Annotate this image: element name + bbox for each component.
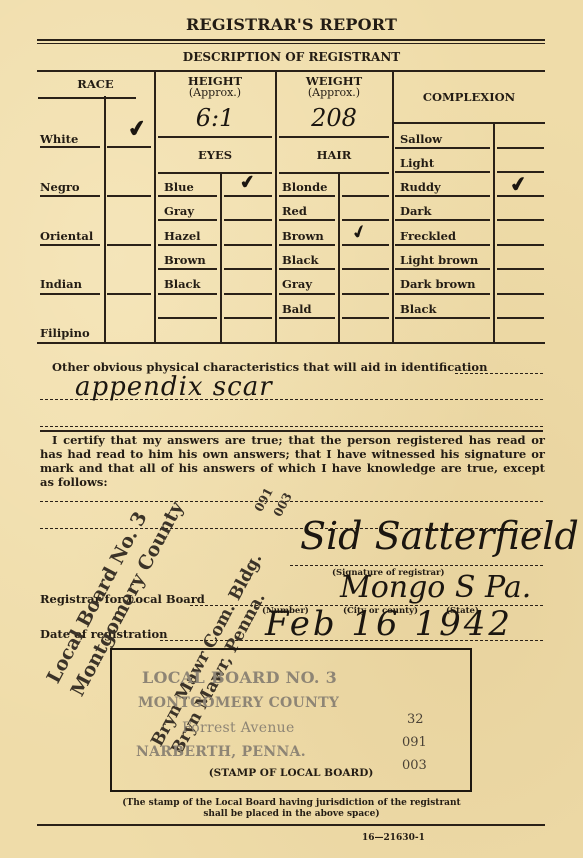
- race-option-indian: Indian: [40, 277, 82, 291]
- hair-header: HAIR: [276, 149, 392, 161]
- complexion-option-light: Light: [400, 156, 434, 170]
- race-option-oriental: Oriental: [40, 229, 93, 243]
- board-stamp-line2: MONTGOMERY COUNTY: [138, 695, 339, 711]
- row-rule: [342, 317, 389, 319]
- date-value[interactable]: Feb 16 1942: [265, 604, 513, 644]
- height-approx: (Approx.): [155, 87, 275, 99]
- row-rule: [40, 244, 100, 246]
- footer-rule: [37, 824, 545, 826]
- row-rule: [342, 268, 389, 270]
- characteristics-bottom-rule: [40, 430, 543, 432]
- row-rule: [158, 268, 217, 270]
- row-rule: [40, 293, 100, 295]
- race-white-checkmark[interactable]: ✔: [126, 115, 149, 144]
- height-value: 6:1: [155, 104, 275, 132]
- row-rule: [279, 244, 335, 246]
- hair-option-gray: Gray: [282, 277, 312, 291]
- race-header: RACE: [37, 78, 154, 90]
- eyes-blue-checkmark[interactable]: ✔: [239, 171, 257, 194]
- characteristics-dotted-line: [455, 373, 543, 374]
- weight-approx: (Approx.): [276, 87, 392, 99]
- row-rule: [158, 317, 217, 319]
- registrar-board-value[interactable]: Mongo S Pa.: [340, 570, 531, 605]
- row-rule: [342, 293, 389, 295]
- row-rule: [395, 219, 490, 221]
- row-rule: [497, 219, 544, 221]
- row-rule: [279, 268, 335, 270]
- board-number-2: 091: [402, 735, 427, 750]
- row-rule: [224, 195, 272, 197]
- board-stamp-line3: Forrest Avenue: [182, 720, 295, 736]
- row-rule: [224, 244, 272, 246]
- complexion-option-freckled: Freckled: [400, 229, 456, 243]
- row-rule: [158, 293, 217, 295]
- footer-note-line1: (The stamp of the Local Board having jur…: [0, 798, 583, 809]
- row-rule: [342, 195, 389, 197]
- row-rule: [395, 317, 490, 319]
- eyes-header-rule: [158, 172, 272, 174]
- hair-brown-checkmark[interactable]: ✔: [349, 220, 370, 245]
- table-bottom-rule: [37, 342, 545, 344]
- height-header: HEIGHT (Approx.): [155, 75, 275, 99]
- row-rule: [279, 293, 335, 295]
- row-rule: [395, 171, 490, 173]
- row-rule: [342, 219, 389, 221]
- row-rule: [497, 195, 544, 197]
- board-stamp-line1: LOCAL BOARD NO. 3: [142, 668, 337, 687]
- race-option-filipino: Filipino: [40, 326, 90, 340]
- row-rule: [279, 219, 335, 221]
- local-board-stamp-box: LOCAL BOARD NO. 3 MONTGOMERY COUNTY Forr…: [110, 648, 472, 792]
- registrar-signature[interactable]: Sid Satterfield: [300, 514, 579, 558]
- row-rule: [107, 293, 151, 295]
- row-rule: [497, 293, 544, 295]
- row-rule: [342, 244, 389, 246]
- divider: [493, 122, 495, 342]
- race-option-white: White: [40, 132, 78, 146]
- row-rule: [395, 195, 490, 197]
- eyes-option-hazel: Hazel: [164, 229, 201, 243]
- row-rule: [395, 268, 490, 270]
- certification-text: I certify that my answers are true; that…: [40, 433, 545, 489]
- title-double-rule-top: [37, 39, 545, 41]
- row-rule: [40, 195, 100, 197]
- signature-line: [290, 565, 543, 566]
- divider: [104, 96, 106, 342]
- height-value-rule: [158, 136, 272, 138]
- eyes-header: EYES: [155, 149, 275, 161]
- complexion-option-sallow: Sallow: [400, 132, 442, 146]
- form-number: 16—21630-1: [362, 833, 425, 843]
- row-rule: [395, 244, 490, 246]
- row-rule: [224, 317, 272, 319]
- complexion-ruddy-checkmark[interactable]: ✔: [508, 171, 529, 198]
- characteristics-value[interactable]: appendix scar: [75, 372, 273, 402]
- row-rule: [224, 219, 272, 221]
- eyes-option-brown: Brown: [164, 253, 206, 267]
- row-rule: [107, 195, 151, 197]
- row-rule: [224, 293, 272, 295]
- complexion-option-ruddy: Ruddy: [400, 180, 441, 194]
- row-rule: [158, 219, 217, 221]
- row-rule: [107, 146, 151, 148]
- complexion-header-rule: [393, 122, 545, 124]
- hair-option-brown: Brown: [282, 229, 324, 243]
- row-rule: [497, 171, 544, 173]
- eyes-option-black: Black: [164, 277, 201, 291]
- row-rule: [107, 244, 151, 246]
- weight-header: WEIGHT (Approx.): [276, 75, 392, 99]
- divider: [338, 174, 340, 342]
- row-rule: [224, 268, 272, 270]
- hair-option-black: Black: [282, 253, 319, 267]
- row-rule: [279, 195, 335, 197]
- stamp-box-caption: (STAMP OF LOCAL BOARD): [112, 767, 470, 779]
- row-rule: [497, 244, 544, 246]
- complexion-option-dark: Dark: [400, 204, 431, 218]
- row-rule: [497, 317, 544, 319]
- complexion-option-black: Black: [400, 302, 437, 316]
- row-rule: [158, 244, 217, 246]
- row-rule: [497, 268, 544, 270]
- section-title: DESCRIPTION OF REGISTRANT: [0, 50, 583, 64]
- hair-option-bald: Bald: [282, 302, 312, 316]
- footer-note-line2: shall be placed in the above space): [0, 809, 583, 820]
- row-rule: [158, 195, 217, 197]
- hair-option-blonde: Blonde: [282, 180, 327, 194]
- race-header-rule: [38, 97, 136, 99]
- race-option-negro: Negro: [40, 180, 80, 194]
- report-title: REGISTRAR'S REPORT: [0, 15, 583, 34]
- weight-value: 208: [276, 104, 392, 132]
- footer-note: (The stamp of the Local Board having jur…: [0, 798, 583, 820]
- row-rule: [395, 293, 490, 295]
- row-rule: [395, 147, 490, 149]
- board-stamp-line4: NARBERTH, PENNA.: [136, 744, 306, 760]
- divider: [392, 71, 394, 342]
- title-double-rule-bottom: [37, 43, 545, 44]
- row-rule: [40, 146, 100, 148]
- eyes-option-blue: Blue: [164, 180, 194, 194]
- hair-header-rule: [279, 172, 389, 174]
- complexion-option-light-brown: Light brown: [400, 253, 478, 267]
- row-rule: [497, 147, 544, 149]
- hair-option-red: Red: [282, 204, 307, 218]
- complexion-header: COMPLEXION: [393, 91, 545, 103]
- divider: [220, 174, 222, 342]
- eyes-option-gray: Gray: [164, 204, 194, 218]
- board-number-1: 32: [407, 712, 424, 727]
- table-top-rule: [37, 70, 545, 72]
- row-rule: [279, 317, 335, 319]
- weight-value-rule: [279, 136, 389, 138]
- characteristics-dotted-line: [40, 426, 543, 427]
- complexion-option-dark-brown: Dark brown: [400, 277, 476, 291]
